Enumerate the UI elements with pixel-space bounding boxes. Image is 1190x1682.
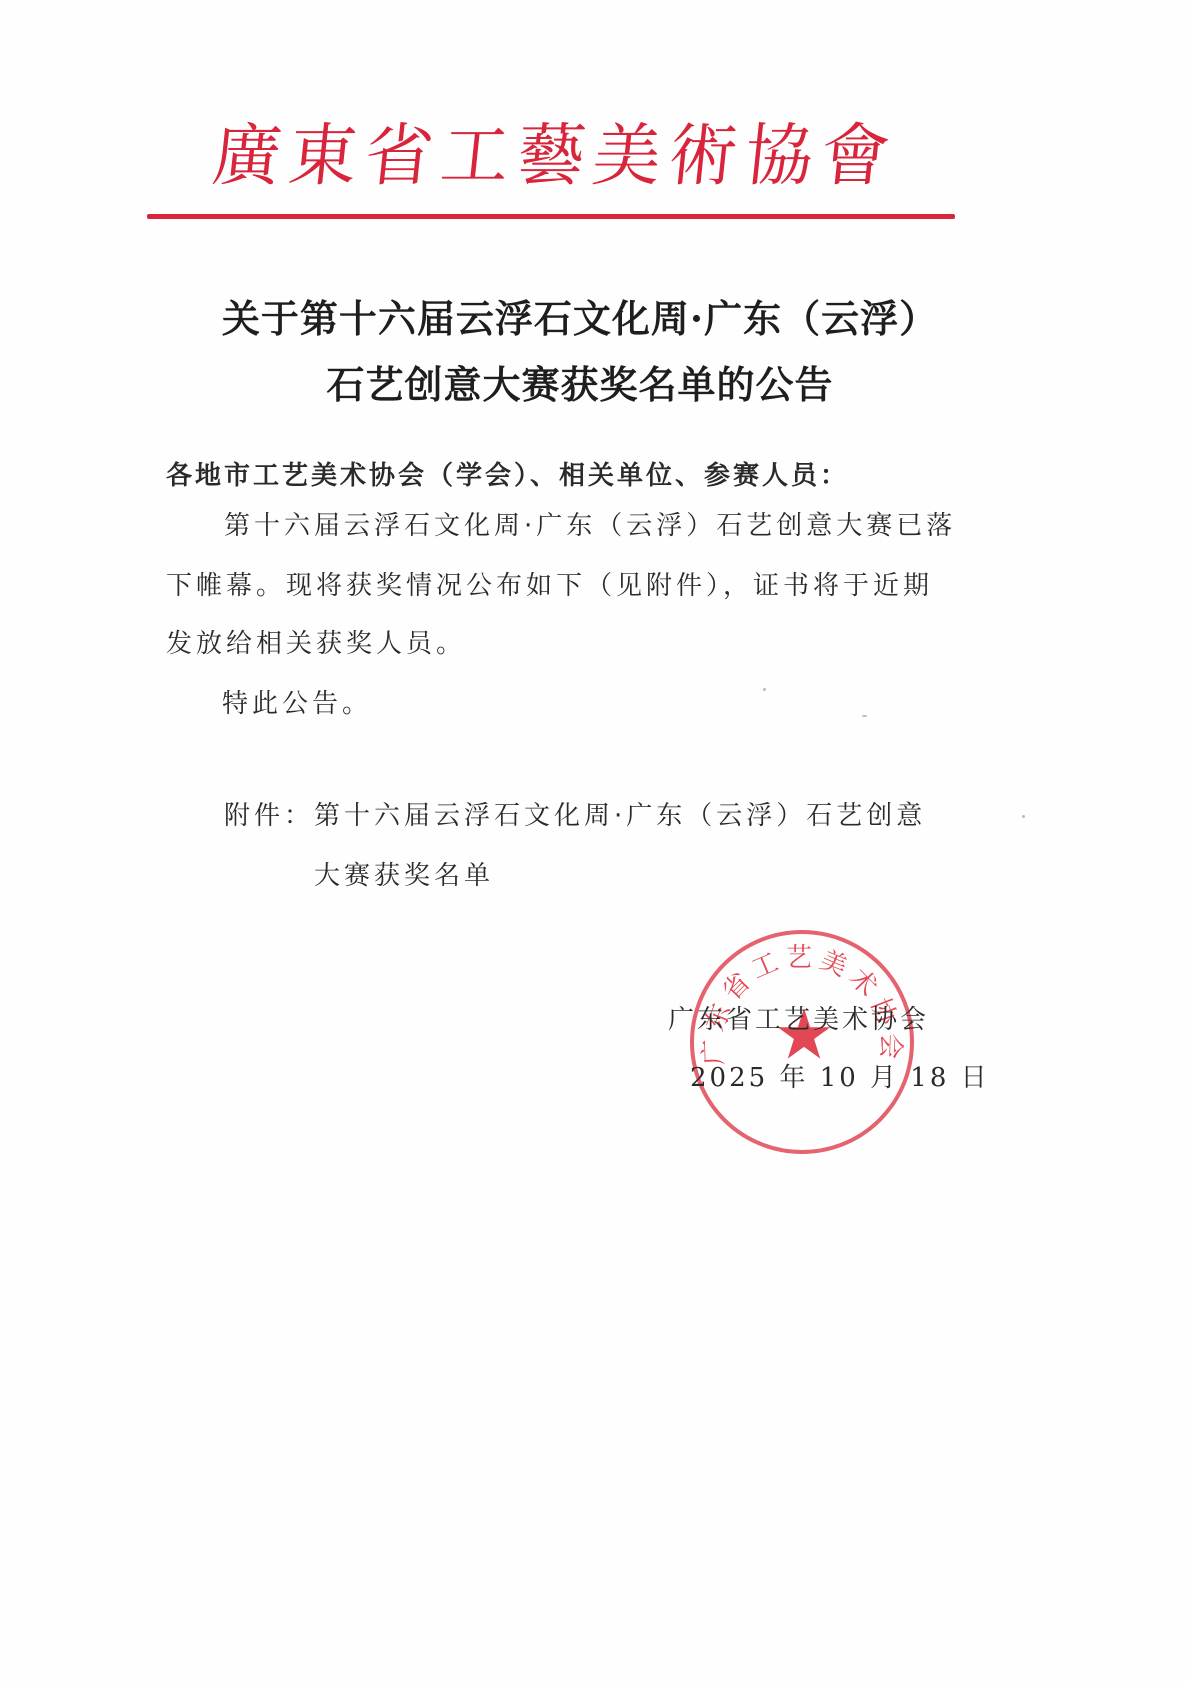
signing-organization: 广东省工艺美术协会 xyxy=(668,1002,929,1038)
attachment-title-line-2: 大赛获奖名单 xyxy=(314,858,494,894)
body-paragraph-line-3: 发放给相关获奖人员。 xyxy=(166,626,466,662)
letterhead-red-rule xyxy=(147,214,955,219)
document-title-line-1: 关于第十六届云浮石文化周·广东（云浮） xyxy=(150,294,1010,344)
document-page: 廣東省工藝美術協會 关于第十六届云浮石文化周·广东（云浮） 石艺创意大赛获奖名单… xyxy=(0,0,1190,1682)
letterhead-org-name: 廣東省工藝美術協會 xyxy=(145,112,964,202)
salutation: 各地市工艺美术协会（学会）、相关单位、参赛人员： xyxy=(166,458,849,494)
body-paragraph-line-1: 第十六届云浮石文化周·广东（云浮）石艺创意大赛已落 xyxy=(224,508,956,544)
closing-remark: 特此公告。 xyxy=(222,686,372,722)
official-seal: 广东省工艺美术协会 xyxy=(690,930,914,1154)
body-paragraph-line-2: 下帷幕。现将获奖情况公布如下（见附件），证书将于近期 xyxy=(166,568,933,604)
scan-speck xyxy=(763,688,766,691)
scan-speck xyxy=(1022,815,1025,818)
attachment-title-line-1: 第十六届云浮石文化周·广东（云浮）石艺创意 xyxy=(314,798,926,834)
attachment-label: 附件： xyxy=(224,798,314,834)
scan-speck xyxy=(862,715,867,717)
document-title-line-2: 石艺创意大赛获奖名单的公告 xyxy=(150,360,1010,410)
signing-date: 2025 年 10 月 18 日 xyxy=(690,1060,990,1096)
